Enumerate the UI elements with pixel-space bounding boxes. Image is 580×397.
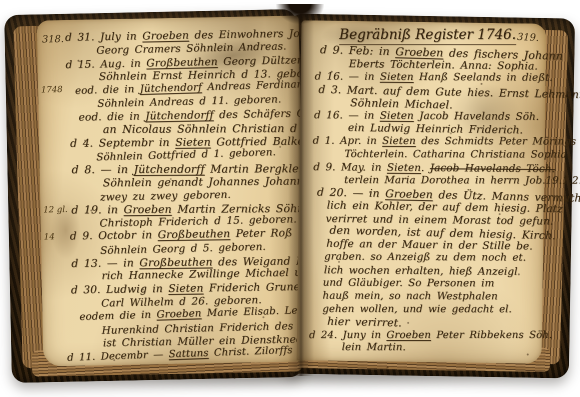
- handwritten-text: d 9. Feb: in: [320, 43, 396, 58]
- handwritten-text: d 9. Octobr in: [70, 230, 158, 243]
- handwritten-text: d 20. — in: [317, 185, 386, 200]
- spine-top-notch: [276, 4, 324, 24]
- right-page-text: d 9. Feb: in Groeben des fischers Johann…: [309, 44, 540, 357]
- handwritten-text: d 15. Aug. in: [65, 57, 146, 71]
- handwritten-text: d 1. Apr. in: [313, 136, 383, 147]
- handwritten-text: d 30. Ludwig in: [71, 283, 169, 296]
- handwritten-text: lich wochen erhalten, hieß Anzeigl: [324, 264, 518, 278]
- register-heading: Begräbniß Register 1746.: [339, 27, 516, 45]
- handwritten-text: Hanß Seelands in dießt.: [413, 72, 552, 84]
- manuscript-line: Töchterlein. Catharina Christiana Sophia…: [344, 149, 538, 162]
- manuscript-line: hauß mein, so nach Westphalen: [323, 291, 537, 305]
- handwritten-text: lein Martin.: [342, 343, 406, 354]
- underlined-place-name: Groeben: [156, 309, 201, 321]
- handwritten-text: hoffe an der Mauer in der Stille be.: [326, 238, 533, 253]
- photo-of-open-register-book: 318. 174812 gl.14 d 31. July in Groeben …: [0, 0, 580, 397]
- handwritten-text: eod. die in: [79, 110, 146, 123]
- handwritten-text: hauß mein, so nach Westphalen: [323, 291, 498, 303]
- underlined-place-name: Groeben: [124, 203, 172, 216]
- handwritten-text: und Gläubiger. So Personen im: [323, 278, 495, 290]
- handwritten-text: d 9. May. in: [314, 161, 388, 174]
- handwritten-text: des Schmidts Peter Mörings: [416, 136, 576, 148]
- underlined-place-name: Sattuns: [168, 348, 208, 360]
- underlined-place-name: Großbeuthen: [146, 56, 218, 69]
- underlined-place-name: Jütchendorff: [134, 163, 205, 176]
- handwritten-text: Jacob Havelands Söh.: [414, 110, 539, 123]
- handwritten-text: d 8. — in: [72, 163, 134, 176]
- open-burial-register: 318. 174812 gl.14 d 31. July in Groeben …: [6, 4, 574, 390]
- handwritten-text: Eberts Töchterlein. Anna: Sophia.: [348, 58, 537, 72]
- underlined-place-name: Jütchendorf: [140, 82, 202, 95]
- manuscript-line: d 24. Juny in Groeben Peter Ribbekens Sö…: [309, 330, 536, 343]
- handwritten-text: ein Ludwig Heinrich Friderich.: [348, 122, 523, 137]
- handwritten-text: eodem die in: [79, 310, 156, 323]
- underlined-place-name: Groeben: [143, 30, 190, 43]
- manuscript-line: d 1. Apr. in Sieten des Schmidts Peter M…: [313, 136, 539, 150]
- handwritten-text: zwey zu zwey geboren.: [100, 188, 231, 203]
- struck-through-text: Jacob Havelands Töch.: [430, 162, 555, 175]
- handwritten-text: d 31. July in: [65, 30, 142, 43]
- underlined-place-name: Sieten: [387, 162, 421, 174]
- underlined-place-name: Sieten: [380, 72, 414, 83]
- underlined-place-name: Groeben: [386, 187, 434, 201]
- handwritten-text: Georg Dültzen: [217, 54, 303, 68]
- handwritten-text: Peter Ribbekens Söh.: [431, 330, 552, 341]
- underlined-place-name: Sieten: [169, 282, 204, 295]
- right-page-number: 319.: [517, 32, 539, 44]
- margin-note: 12 gl.: [43, 205, 68, 215]
- margin-note: 14: [44, 232, 55, 242]
- left-page: 318. 174812 gl.14 d 31. July in Groeben …: [37, 16, 306, 367]
- manuscript-line: lein Martin.: [341, 343, 535, 356]
- handwritten-text: gehen wollen, und wie gedacht el.: [322, 304, 512, 315]
- handwritten-text: d 11. Decembr —: [67, 349, 169, 363]
- margin-note: 1748: [41, 85, 63, 95]
- handwritten-text: d 24. Juny in: [309, 330, 386, 341]
- left-page-text: d 31. July in Groeben des Einwohners Joh…: [61, 28, 299, 365]
- underlined-place-name: Groeben: [387, 330, 432, 341]
- underlined-place-name: Großbeuthen: [158, 229, 231, 242]
- handwritten-text: graben. so Anzeigß zu dem noch et.: [324, 252, 526, 264]
- handwritten-text: Andreas Ferdinand: [202, 79, 310, 93]
- handwritten-text: d 4. Septembr in: [70, 136, 175, 150]
- manuscript-line: d 9. May. in Sieten. Jacob Havelands Töc…: [314, 161, 539, 176]
- handwritten-text: Töchterlein. Catharina Christiana Sophia…: [344, 149, 570, 161]
- handwritten-text: d 16. — in: [314, 71, 379, 82]
- handwritten-text: d 13. — in: [71, 256, 139, 270]
- handwritten-text: eod. die in: [75, 84, 140, 97]
- left-page-number: 318.: [42, 34, 64, 45]
- handwritten-text: Peter Roß: [230, 228, 292, 241]
- right-page: Begräbniß Register 1746. 319. d 9. Feb: …: [297, 20, 547, 363]
- underlined-place-name: Großbeuthen: [139, 255, 212, 269]
- handwritten-text: hier verirret.: [328, 314, 403, 329]
- underlined-place-name: Sieten: [382, 136, 416, 147]
- manuscript-line: und Gläubiger. So Personen im: [323, 278, 537, 292]
- underlined-place-name: Jütchendorff: [145, 109, 214, 122]
- handwritten-text: d 16. — in: [314, 110, 380, 122]
- handwritten-text: terlein Maria Dorothea in herrn Job.19.1…: [344, 175, 580, 187]
- handwritten-text: d 19. in: [72, 203, 124, 216]
- underlined-place-name: Sieten: [175, 136, 211, 149]
- underlined-place-name: Sieten: [380, 110, 414, 122]
- handwritten-text: rich Hannecke Zwillinge Michael und: [102, 267, 316, 283]
- underlined-place-name: Groeben: [396, 45, 444, 59]
